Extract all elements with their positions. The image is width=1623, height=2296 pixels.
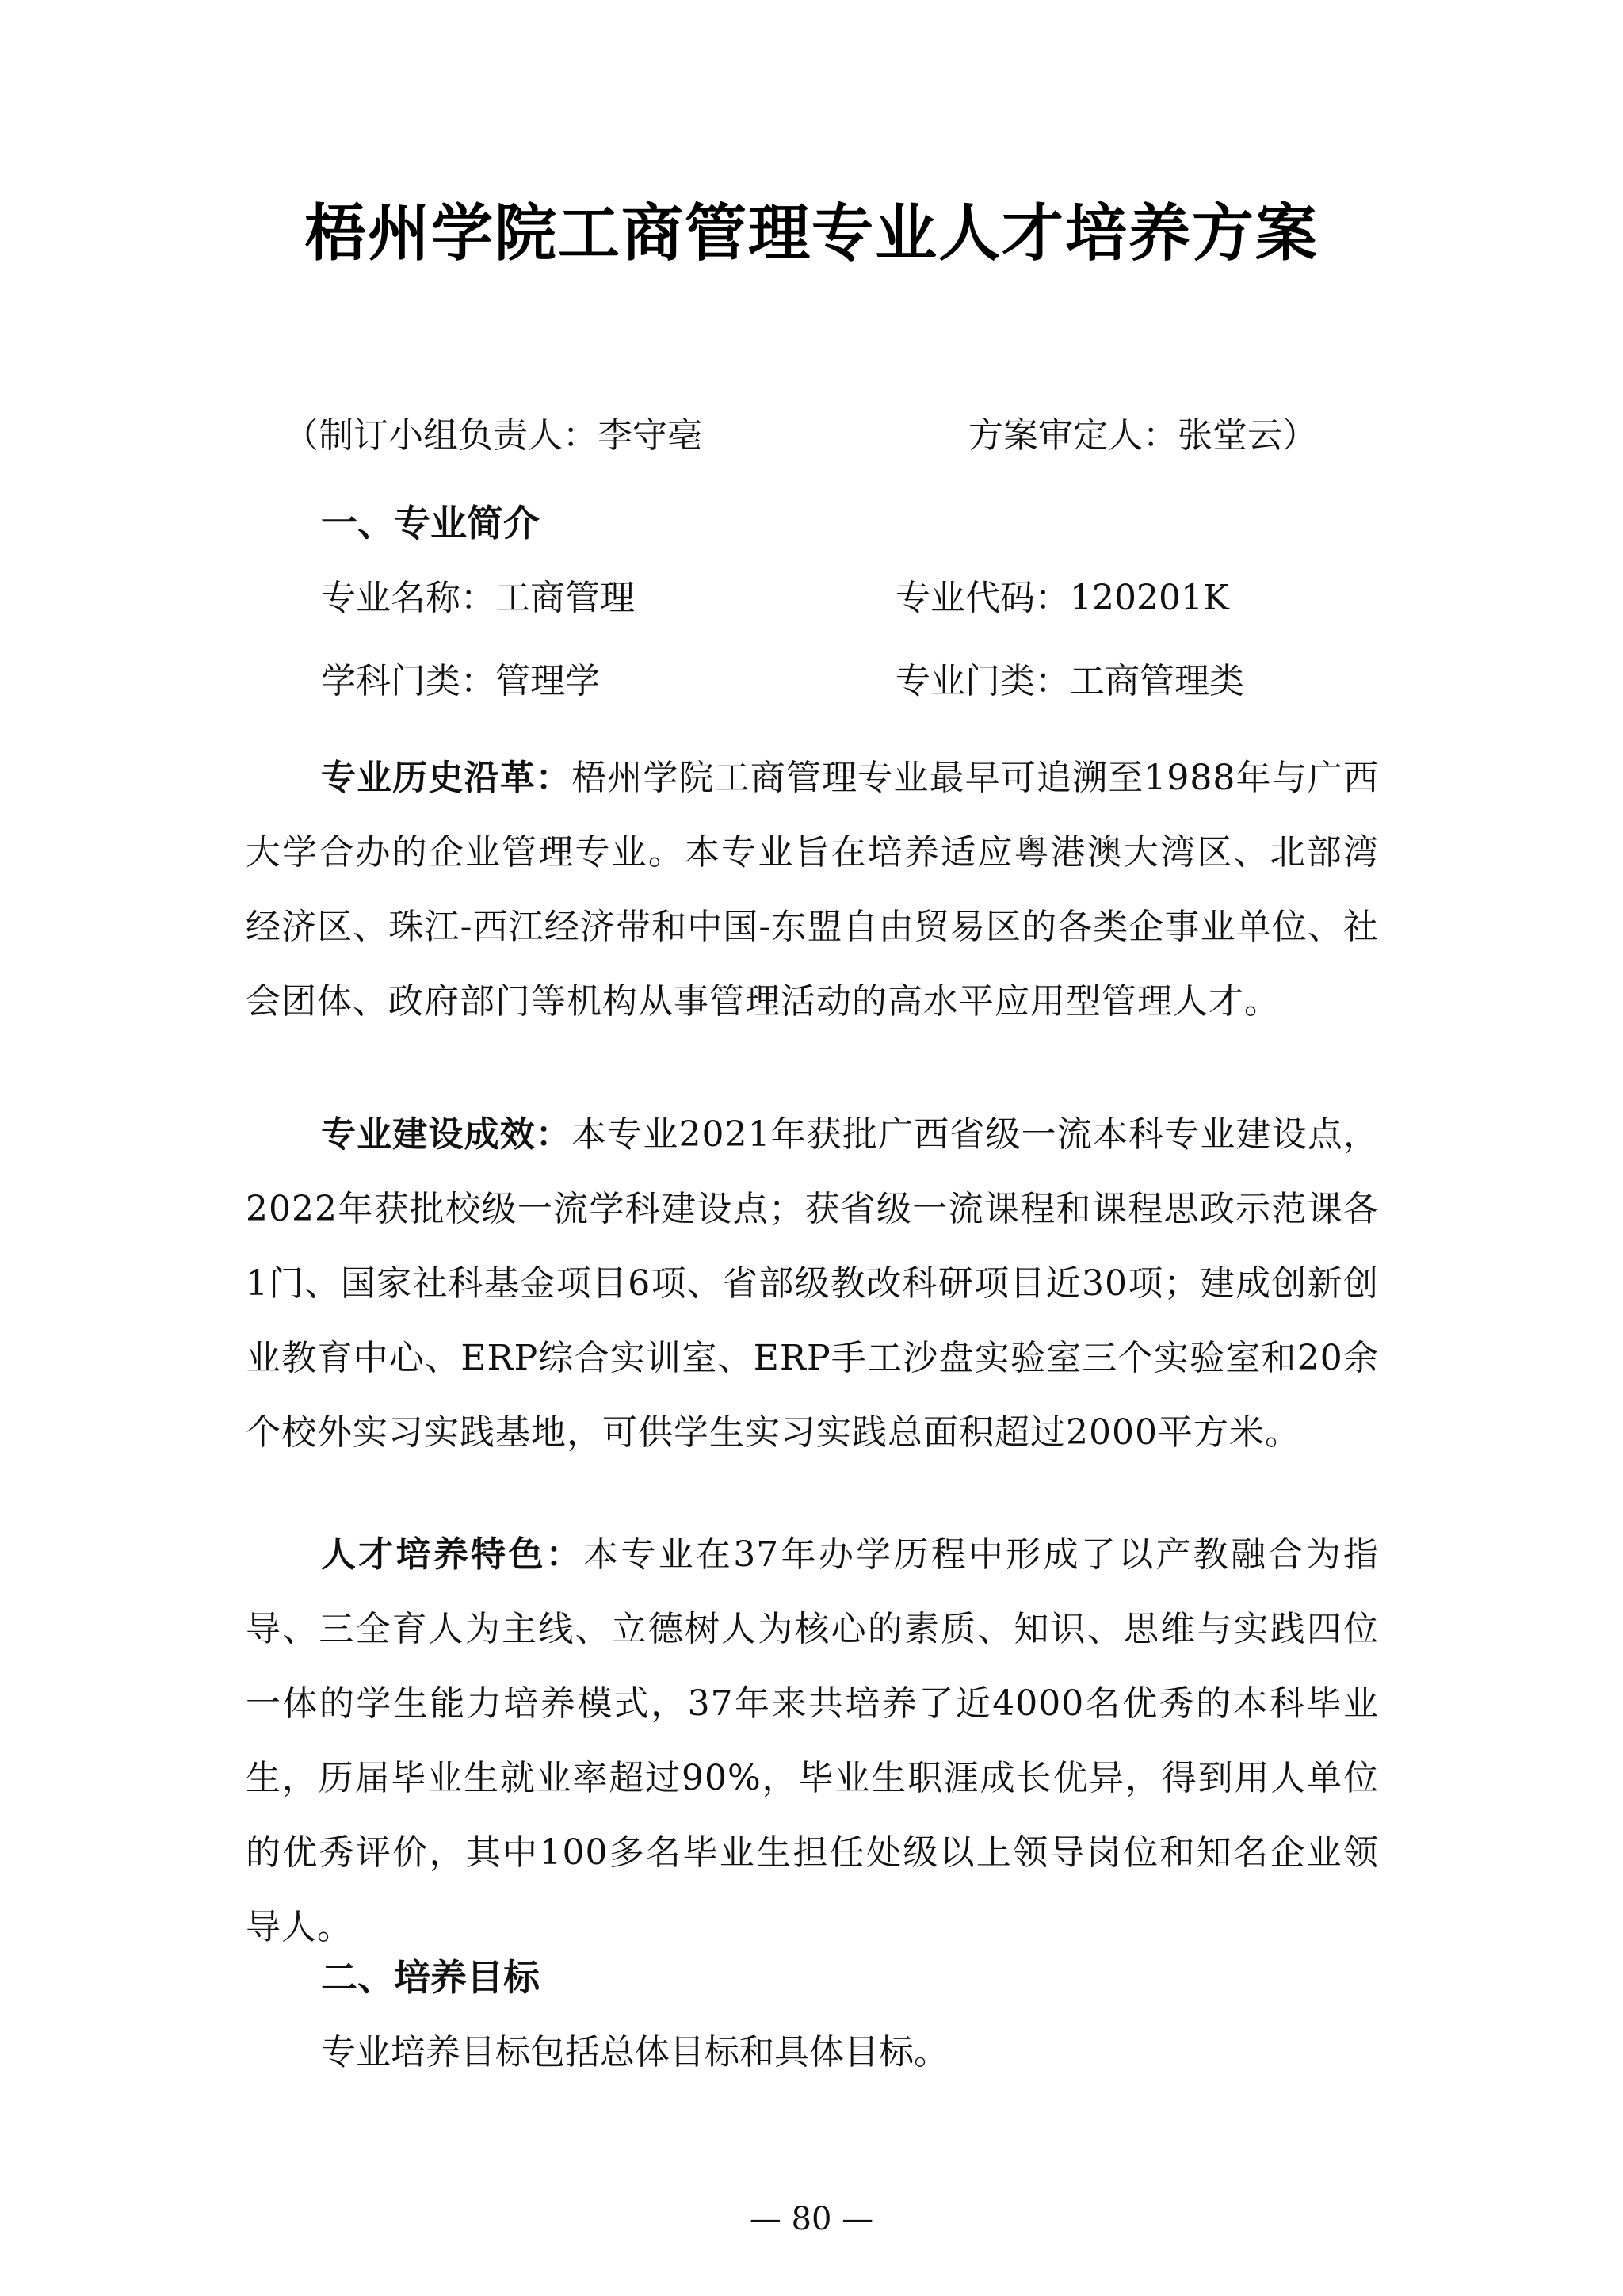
paragraph-body: 本专业2021年获批广西省级一流本科专业建设点，2022年获批校级一流学科建设点… [246, 1114, 1379, 1453]
document-title: 梧州学院工商管理专业人才培养方案 [0, 194, 1623, 273]
document-page: 梧州学院工商管理专业人才培养方案 （制订小组负责人：李守亳 方案审定人：张堂云）… [0, 0, 1623, 2296]
info-label: 专业代码： [896, 578, 1070, 618]
paragraph-achievements: 专业建设成效：本专业2021年获批广西省级一流本科专业建设点，2022年获批校级… [246, 1098, 1379, 1470]
info-label: 学科门类： [321, 661, 495, 701]
objectives-summary: 专业培养目标包括总体目标和具体目标。 [321, 2025, 949, 2080]
info-major-name: 专业名称：工商管理 [321, 571, 635, 626]
section-heading-training-objectives: 二、培养目标 [321, 1950, 540, 2005]
paragraph-lead: 专业建设成效： [321, 1114, 571, 1155]
paragraph-history: 专业历史沿革：梧州学院工商管理专业最早可追溯至1988年与广西大学合办的企业管理… [246, 741, 1379, 1039]
paragraph-body: 本专业在37年办学历程中形成了以产教融合为指导、三全育人为主线、立德树人为核心的… [246, 1534, 1379, 1947]
info-value: 管理学 [495, 661, 600, 701]
info-value: 工商管理 [495, 578, 635, 618]
info-label: 专业门类： [896, 661, 1070, 701]
page-number: — 80 — [0, 2195, 1623, 2243]
section-heading-major-overview: 一、专业简介 [321, 495, 540, 551]
info-major-code: 专业代码：120201K [896, 571, 1229, 626]
info-value: 工商管理类 [1070, 661, 1244, 701]
info-discipline: 学科门类：管理学 [321, 654, 600, 709]
plan-approver: 方案审定人：张堂云） [968, 408, 1317, 464]
paragraph-lead: 人才培养特色： [321, 1534, 583, 1575]
drafting-group-leader: （制订小组负责人：李守亳 [284, 408, 702, 464]
paragraph-features: 人才培养特色：本专业在37年办学历程中形成了以产教融合为指导、三全育人为主线、立… [246, 1518, 1379, 1965]
paragraph-lead: 专业历史沿革： [321, 758, 571, 798]
info-major-category: 专业门类：工商管理类 [896, 654, 1244, 709]
info-value: 120201K [1070, 578, 1229, 618]
info-label: 专业名称： [321, 578, 495, 618]
